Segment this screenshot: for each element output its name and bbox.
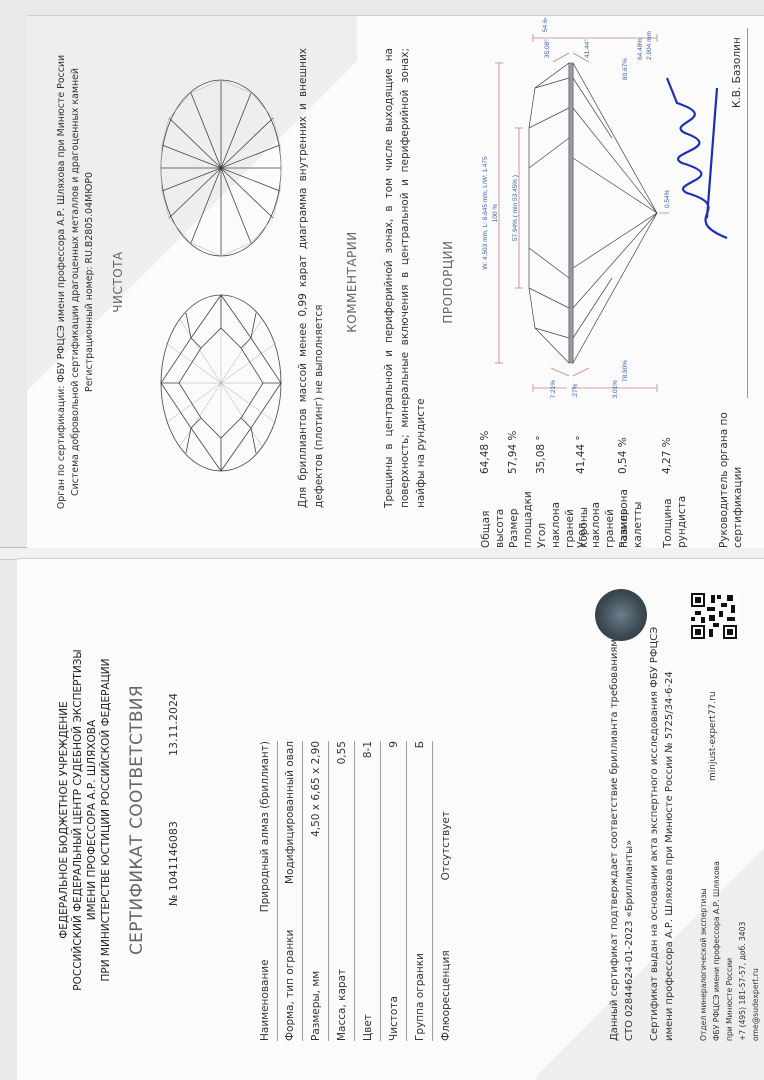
conformity-note: Данный сертификат подтверждает соответст… [607,621,637,1041]
row-label: Масса, карат [336,969,348,1041]
girdle-label: 4.27% [572,383,579,398]
pavilion-oval-diagram [161,295,281,471]
certification-body-line: Орган по сертификации: ФБУ РФЦСЭ имени п… [55,16,69,548]
girdle-mm-label: 2.904 mm [646,31,653,60]
proportions-list: Общая высота 64,48 % Размер площадки 57,… [475,418,705,548]
crown-height-label: 17.21% [550,380,557,398]
row-value: 4,50 x 6,65 x 2,90 [310,741,322,837]
registration-number: Регистрационный номер: RU.B2805.04МЮР0 [83,16,97,548]
signature [657,68,747,248]
crown-angle-label: 35.08° [543,39,551,58]
proportions-title: ПРОПОРЦИИ [441,16,455,548]
clarity-title: ЧИСТОТА [111,16,125,548]
proportion-diagram: W: 4.503 mm, L: 6.645 mm, L/W: 1.475 100… [477,18,677,398]
plotting-note: Для бриллиантов массой менее 0,99 карат … [295,48,327,508]
contact-line: при Минюсте России [723,861,736,1041]
contact-email[interactable]: ome@sudexpert.ru [749,861,762,1041]
header-line: ПРИ МИНИСТЕРСТВЕ ЮСТИЦИИ РОССИЙСКОЙ ФЕДЕ… [99,559,113,1080]
hologram-seal-icon [595,589,647,641]
prop-value: 64,48 % [479,431,491,474]
header-line: ФЕДЕРАЛЬНОЕ БЮДЖЕТНОЕ УЧРЕЖДЕНИЕ [57,559,71,1080]
lgf-label: 78.90% [622,360,629,382]
diamond-dimensions: W: 4.503 mm, L: 6.645 mm, L/W: 1.475 [482,156,489,270]
total-width-label: 100 % [492,204,499,223]
depth-facet-label: 80.67% [622,58,629,80]
basis-note: Сертификат выдан на основании акта экспе… [647,621,677,1041]
star-ratio-label: 54.64% [542,18,549,32]
certificate-front-page: ФЕДЕРАЛЬНОЕ БЮДЖЕТНОЕ УЧРЕЖДЕНИЕ РОССИЙС… [17,558,764,1080]
certificate-date: 13.11.2024 [167,693,180,756]
qr-code-icon [689,591,739,641]
header-line: ИМЕНИ ПРОФЕССОРА А.Р. ШЛЯХОВА [85,559,99,1080]
contact-line: +7 (495) 181-57-57, доб. 3403 [736,861,749,1041]
prop-value: 41,44 ° [575,435,587,474]
prop-value: 0,54 % [617,437,629,474]
row-label: Цвет [362,1014,374,1041]
prop-label: Общая высота [479,478,507,548]
row-label: Размеры, мм [310,971,322,1041]
row-value: 9 [388,741,400,748]
contact-line: Отдел минералогической экспертизы [697,861,710,1041]
certificate-title: СЕРТИФИКАТ СООТВЕТСТВИЯ [127,559,147,1080]
row-value: Модифицированный овал [284,741,296,884]
depth-label: 64.48% [637,38,644,60]
row-value: 0,55 [336,741,348,764]
characteristics-table: НаименованиеПриродный алмаз (бриллиант) … [245,741,505,1041]
comments-title: КОММЕНТАРИИ [345,16,359,548]
prop-label: Размер площадки [507,478,535,548]
table-label: 57.94% ( min 53.45% ) [512,175,519,241]
certification-body: Орган по сертификации: ФБУ РФЦСЭ имени п… [55,16,97,548]
website-link[interactable]: minjust-expert77.ru [707,691,720,781]
prop-label: Толщина рундиста [661,478,689,548]
signatory-label: Руководитель органа по сертификации [717,398,745,548]
table-row: ФлюоресценцияОтсутствует [426,811,458,1041]
row-label: Флюоресценция [440,950,452,1041]
comments-text: Трещины в центральной и периферийной зон… [381,48,429,508]
row-value: Отсутствует [440,811,452,880]
pavilion-depth-label: 43.01% [612,380,619,398]
row-value: 8-1 [362,741,374,758]
contacts: Отдел минералогической экспертизы ФБУ РФ… [697,861,762,1041]
certification-system-line: Система добровольной сертификации драгоц… [69,16,83,548]
prop-value: 57,94 % [507,431,519,474]
certificate-number: № 1041146083 [167,821,180,906]
row-label: Группа огранки [414,953,426,1041]
row-label: Чистота [388,996,400,1041]
signature-line [747,28,748,398]
pavilion-angle-label: 41.44° [583,39,591,58]
crown-oval-diagram [161,80,281,256]
row-label: Форма, тип огранки [284,930,296,1041]
prop-value: 35,08 ° [535,435,547,474]
institution-header: ФЕДЕРАЛЬНОЕ БЮДЖЕТНОЕ УЧРЕЖДЕНИЕ РОССИЙС… [57,559,113,1080]
certificate-back-page: Орган по сертификации: ФБУ РФЦСЭ имени п… [27,15,764,548]
header-line: РОССИЙСКИЙ ФЕДЕРАЛЬНЫЙ ЦЕНТР СУДЕБНОЙ ЭК… [71,559,85,1080]
row-value: Б [414,741,426,748]
prop-label: Размер калетты [617,478,645,548]
contact-line: ФБУ РФЦСЭ имени профессора А.Р. Шляхова [710,861,723,1041]
prop-value: 4,27 % [661,437,673,474]
